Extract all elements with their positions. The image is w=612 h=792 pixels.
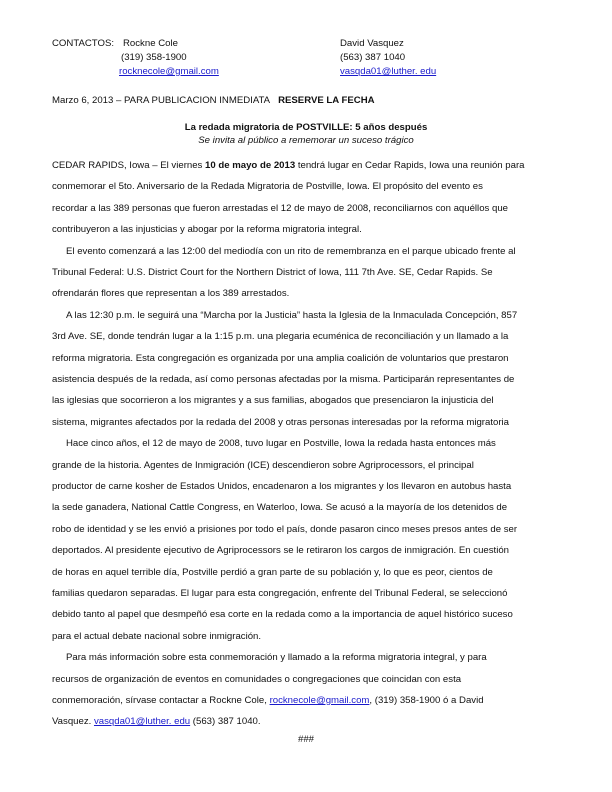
body-line: recursos de organización de eventos en c… [52, 674, 461, 685]
rocknecole-email-link[interactable]: rocknecole@gmail.com [270, 695, 370, 706]
contact-left-phone: (319) 358-1900 [121, 52, 187, 63]
document-title: La redada migratoria de POSTVILLE: 5 año… [0, 122, 612, 133]
body-line: las iglesias que socorrieron a los migra… [52, 395, 494, 406]
body-line: A las 12:30 p.m. le seguirá una “Marcha … [66, 310, 517, 321]
contacts-label: CONTACTOS: [52, 38, 114, 49]
body-line: conmemorar el 5to. Aniversario de la Red… [52, 181, 483, 192]
body-line: familias quedaron separadas. El lugar pa… [52, 588, 507, 599]
body-line: Tribunal Federal: U.S. District Court fo… [52, 267, 493, 278]
document-subtitle: Se invita al público a rememorar un suce… [0, 135, 612, 146]
vasqda-email-link[interactable]: vasqda01@luther. edu [94, 716, 190, 727]
contact-line-phone: (563) 387 1040. [190, 716, 260, 727]
body-line: sistema, migrantes afectados por la reda… [52, 417, 509, 428]
body-line: asistencia después de la redada, así com… [52, 374, 514, 385]
body-line: El evento comenzará a las 12:00 del medi… [66, 246, 516, 257]
body-line: la sede ganadera, National Cattle Congre… [52, 502, 507, 513]
contact-line-text-2: Vasquez. [52, 716, 94, 727]
contact-right-name: David Vasquez [340, 38, 404, 49]
dateline-emphasis: RESERVE LA FECHA [278, 95, 375, 106]
body-line: contribuyeron a las injusticias y abogar… [52, 224, 362, 235]
contact-line-text-mid: , (319) 358-1900 ó a David [369, 695, 483, 706]
contact-right-email-link[interactable]: vasqda01@luther. edu [340, 66, 436, 77]
contact-right-phone: (563) 387 1040 [340, 52, 405, 63]
dateline: Marzo 6, 2013 – PARA PUBLICACION INMEDIA… [52, 95, 375, 106]
body-line: Para más información sobre esta conmemor… [66, 652, 487, 663]
dateline-text: Marzo 6, 2013 – PARA PUBLICACION INMEDIA… [52, 95, 270, 106]
body-line: deportados. Al presidente ejecutivo de A… [52, 545, 509, 556]
contact-left-email-link[interactable]: rocknecole@gmail.com [119, 66, 219, 77]
body-line: grande de la historia. Agentes de Inmigr… [52, 460, 474, 471]
body-line: CEDAR RAPIDS, Iowa – El viernes 10 de ma… [52, 160, 525, 171]
body-line: de horas en aquel terrible día, Postvill… [52, 567, 493, 578]
body-line: debido tanto al papel que desmpeñó esa c… [52, 609, 513, 620]
body-line: 3rd Ave. SE, donde tendrán lugar a la 1:… [52, 331, 508, 342]
end-mark: ### [0, 734, 612, 745]
contact-line: conmemoración, sírvase contactar a Rockn… [52, 695, 484, 706]
body-line: reforma migratoria. Esta congregación es… [52, 353, 509, 364]
body-line: recordar a las 389 personas que fueron a… [52, 203, 508, 214]
body-line: robo de identidad y se les envió a prisi… [52, 524, 517, 535]
contact-line-text: conmemoración, sírvase contactar a Rockn… [52, 695, 270, 706]
contact-left-name: Rockne Cole [123, 38, 178, 49]
contact-line-2: Vasquez. vasqda01@luther. edu (563) 387 … [52, 716, 261, 727]
body-line: productor de carne kosher de Estados Uni… [52, 481, 511, 492]
body-line: ofrendarán flores que representan a los … [52, 288, 289, 299]
body-line: Hace cinco años, el 12 de mayo de 2008, … [66, 438, 496, 449]
body-line: para el actual debate nacional sobre inm… [52, 631, 261, 642]
